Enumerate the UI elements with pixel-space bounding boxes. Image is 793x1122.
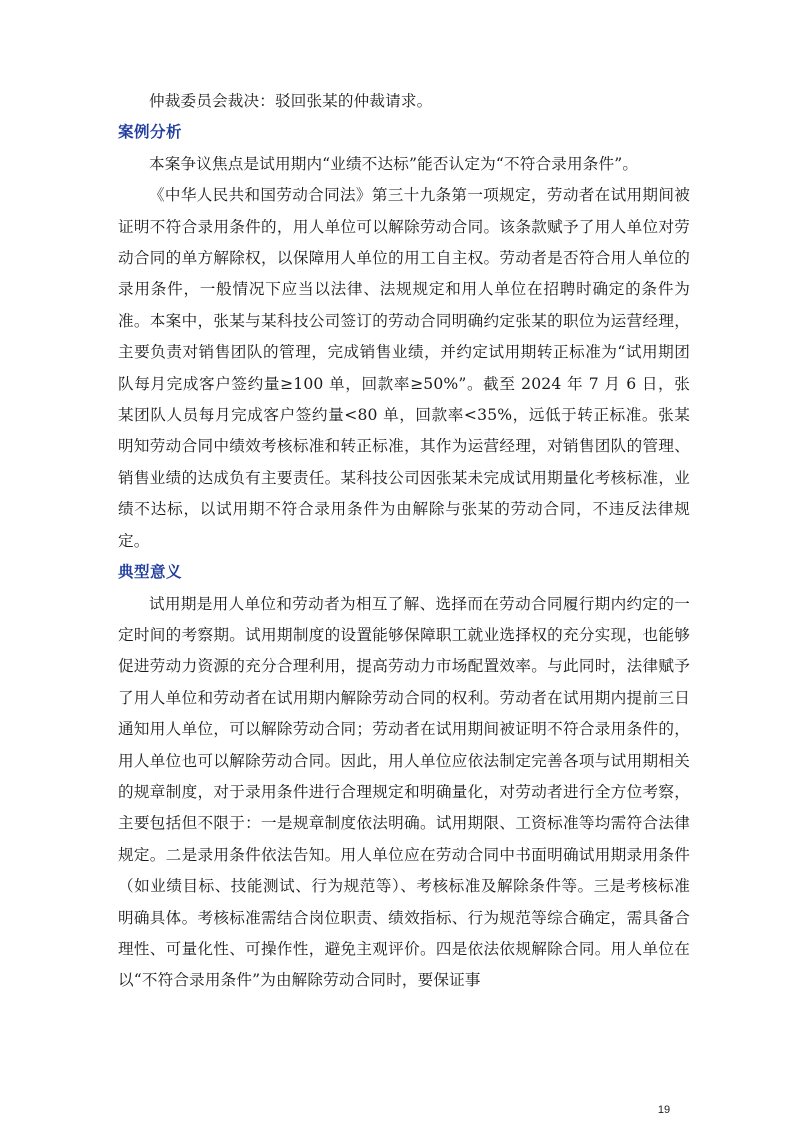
case-analysis-paragraph-1: 本案争议焦点是试用期内“业绩不达标”能否认定为“不符合录用条件”。 xyxy=(118,149,690,180)
case-analysis-paragraph-2: 《中华人民共和国劳动合同法》第三十九条第一项规定，劳动者在试用期间被证明不符合录… xyxy=(118,180,690,557)
section-heading-case-analysis: 案例分析 xyxy=(118,117,690,148)
document-page: 仲裁委员会裁决：驳回张某的仲裁请求。 案例分析 本案争议焦点是试用期内“业绩不达… xyxy=(118,86,690,997)
page-number: 19 xyxy=(652,1104,676,1116)
section-heading-typical-significance: 典型意义 xyxy=(118,557,690,588)
typical-significance-paragraph-1: 试用期是用人单位和劳动者为相互了解、选择而在劳动合同履行期内约定的一定时间的考察… xyxy=(118,589,690,997)
verdict-paragraph: 仲裁委员会裁决：驳回张某的仲裁请求。 xyxy=(118,86,690,117)
